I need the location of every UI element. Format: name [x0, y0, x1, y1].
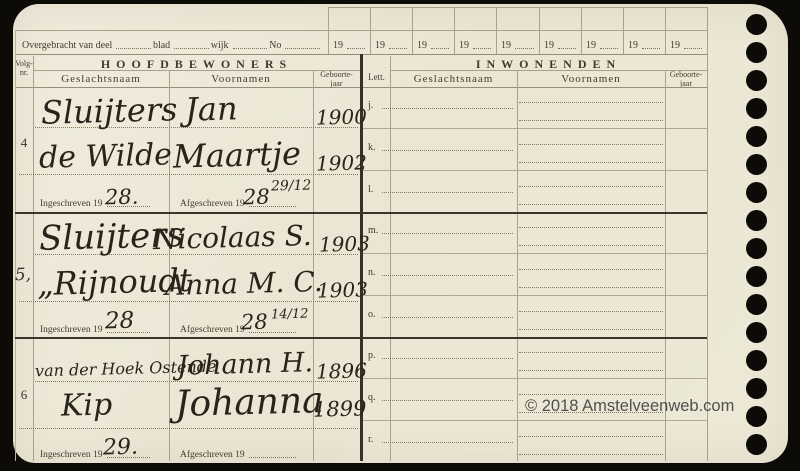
wijk-label: wijk: [211, 40, 229, 51]
dotted-line: [519, 162, 663, 163]
punch-hole: [746, 266, 767, 287]
punch-hole: [746, 42, 767, 63]
geboortejaar-header-right: Geboorte- jaar: [665, 71, 707, 88]
row-letter: r.: [368, 434, 373, 445]
year-cell: 19: [370, 35, 412, 51]
row-letter: j.: [368, 100, 373, 111]
volgnr-header-line2: nr.: [20, 68, 28, 77]
year-cell: 19: [412, 35, 454, 51]
punch-hole: [746, 406, 767, 427]
punch-hole: [746, 238, 767, 259]
geboortejaar-header-left: Geboorte- jaar: [313, 71, 360, 88]
year-prefix: 19: [544, 40, 554, 51]
dotted-line: [600, 48, 618, 49]
year-cell: 19: [328, 35, 370, 51]
dotted-line: [519, 227, 663, 228]
lett-header: Lett.: [363, 72, 390, 82]
year-prefix: 19: [459, 40, 469, 51]
inwonenden-row: r.: [13, 421, 707, 461]
dotted-line: [382, 400, 513, 401]
punch-hole: [746, 350, 767, 371]
dotted-line: [519, 102, 663, 103]
year-cell: 19: [539, 35, 581, 51]
year-cell: 19: [623, 35, 665, 51]
dotted-line: [519, 329, 663, 330]
dotted-line: [558, 48, 576, 49]
dotted-line: [382, 233, 513, 234]
dotted-line: [519, 269, 663, 270]
register-card: Overgebracht van deel blad wijk No 19 19…: [13, 4, 788, 463]
volgnr-header: Volg- nr.: [15, 60, 33, 77]
dotted-line: [382, 275, 513, 276]
year-prefix: 19: [586, 40, 596, 51]
dotted-line: [174, 48, 209, 49]
year-prefix: 19: [670, 40, 680, 51]
punch-hole: [746, 70, 767, 91]
table-right-edge: [707, 7, 708, 461]
year-prefix: 19: [628, 40, 638, 51]
year-cell: 19: [665, 35, 707, 51]
row-letter: n.: [368, 267, 376, 278]
strip-mid-line: [15, 30, 707, 31]
scanned-register-photo: { "strip": { "transfer_label": "Overgebr…: [0, 0, 800, 471]
dotted-line: [389, 48, 407, 49]
inwonenden-row: p.: [13, 337, 707, 379]
blad-label: blad: [153, 40, 170, 51]
inwonenden-row: n.: [13, 254, 707, 296]
title-underline: [33, 70, 360, 71]
transfer-label: Overgebracht van deel: [22, 40, 112, 51]
year-cell: 19: [581, 35, 623, 51]
year-prefix: 19: [375, 40, 385, 51]
punch-hole: [746, 322, 767, 343]
punch-hole: [746, 154, 767, 175]
punch-hole: [746, 98, 767, 119]
row-letter: q.: [368, 392, 376, 403]
inwonenden-row: j.: [13, 87, 707, 129]
dotted-line: [642, 48, 660, 49]
dotted-line: [519, 394, 663, 395]
dotted-line: [519, 245, 663, 246]
no-label: No: [269, 40, 281, 51]
row-letter: m.: [368, 225, 378, 236]
title-underline: [390, 70, 707, 71]
punch-hole: [746, 14, 767, 35]
dotted-line: [382, 192, 513, 193]
dotted-line: [382, 108, 513, 109]
dotted-line: [519, 186, 663, 187]
voornamen-header-right: Voornamen: [517, 73, 665, 85]
dotted-line: [519, 287, 663, 288]
dotted-line: [519, 120, 663, 121]
year-prefix: 19: [501, 40, 511, 51]
inwonenden-row: l.: [13, 171, 707, 212]
punch-hole: [746, 210, 767, 231]
dotted-line: [519, 436, 663, 437]
dotted-line: [285, 48, 320, 49]
punch-hole: [746, 182, 767, 203]
geslachtsnaam-header-left: Geslachtsnaam: [33, 73, 169, 85]
row-letter: k.: [368, 142, 376, 153]
inwonenden-row: k.: [13, 129, 707, 171]
dotted-line: [473, 48, 491, 49]
geslachtsnaam-header-right: Geslachtsnaam: [390, 73, 517, 85]
dotted-line: [382, 150, 513, 151]
voornamen-header-left: Voornamen: [169, 73, 313, 85]
dotted-line: [519, 204, 663, 205]
dotted-line: [515, 48, 534, 49]
dotted-line: [233, 48, 268, 49]
inwonenden-row: m.: [13, 212, 707, 254]
dotted-line: [347, 48, 365, 49]
inwonenden-row: o.: [13, 296, 707, 337]
dotted-line: [519, 454, 663, 455]
row-letter: o.: [368, 309, 376, 320]
transfer-row: Overgebracht van deel blad wijk No: [22, 35, 322, 51]
punch-hole: [746, 126, 767, 147]
dotted-line: [382, 317, 513, 318]
dotted-line: [382, 358, 513, 359]
dotted-line: [519, 144, 663, 145]
dotted-line: [684, 48, 702, 49]
row-letter: l.: [368, 184, 373, 195]
watermark: © 2018 Amstelveenweb.com: [525, 397, 734, 416]
punch-hole: [746, 294, 767, 315]
year-prefix: 19: [417, 40, 427, 51]
dotted-line: [116, 48, 151, 49]
punch-hole: [746, 434, 767, 455]
dotted-line: [519, 352, 663, 353]
dotted-line: [382, 442, 513, 443]
dotted-line: [431, 48, 449, 49]
strip-top-line: [328, 7, 707, 8]
year-cell: 19: [496, 35, 539, 51]
dotted-line: [519, 370, 663, 371]
dotted-line: [519, 311, 663, 312]
punch-hole: [746, 378, 767, 399]
year-cell: 19: [454, 35, 496, 51]
row-letter: p.: [368, 350, 376, 361]
year-prefix: 19: [333, 40, 343, 51]
